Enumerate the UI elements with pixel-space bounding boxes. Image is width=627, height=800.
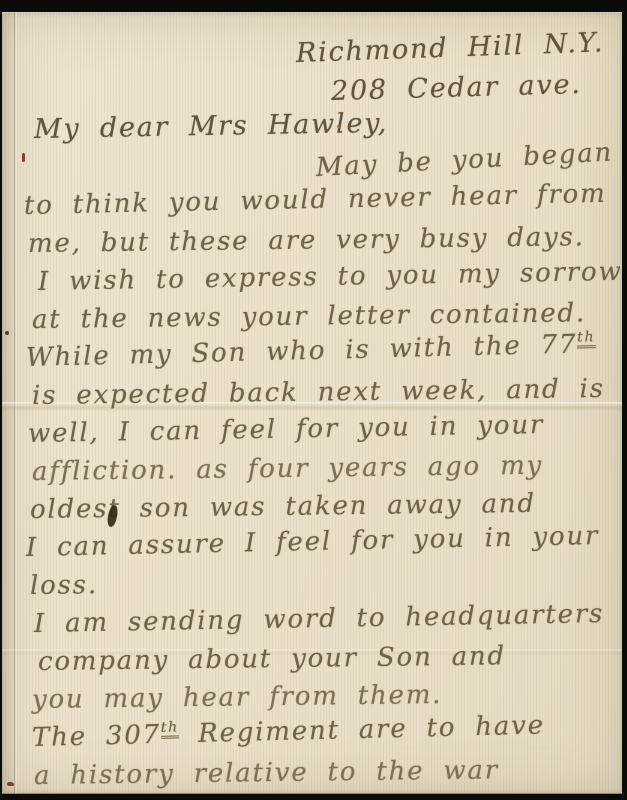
line-text: Regiment are to have: [179, 710, 545, 749]
line-text: The 307: [32, 720, 162, 753]
line-text: While my Son who is with the 77: [26, 330, 578, 373]
red-fiber-speck: [22, 153, 25, 162]
letter-handwriting: Richmond Hill N.Y. 208 Cedar ave. My dea…: [16, 35, 622, 794]
ordinal-superscript: th: [161, 720, 180, 738]
red-corner-speck: [7, 782, 14, 786]
letter-body-line: to think you would never hear from: [24, 174, 622, 225]
letter-body-line: a history relative to the war: [34, 750, 622, 794]
letter-paper: Richmond Hill N.Y. 208 Cedar ave. My dea…: [2, 12, 622, 794]
dark-speck: [5, 331, 9, 335]
orange-speck: [337, 125, 340, 128]
scanned-letter-page: Richmond Hill N.Y. 208 Cedar ave. My dea…: [0, 0, 627, 800]
ordinal-superscript: th: [577, 330, 596, 348]
